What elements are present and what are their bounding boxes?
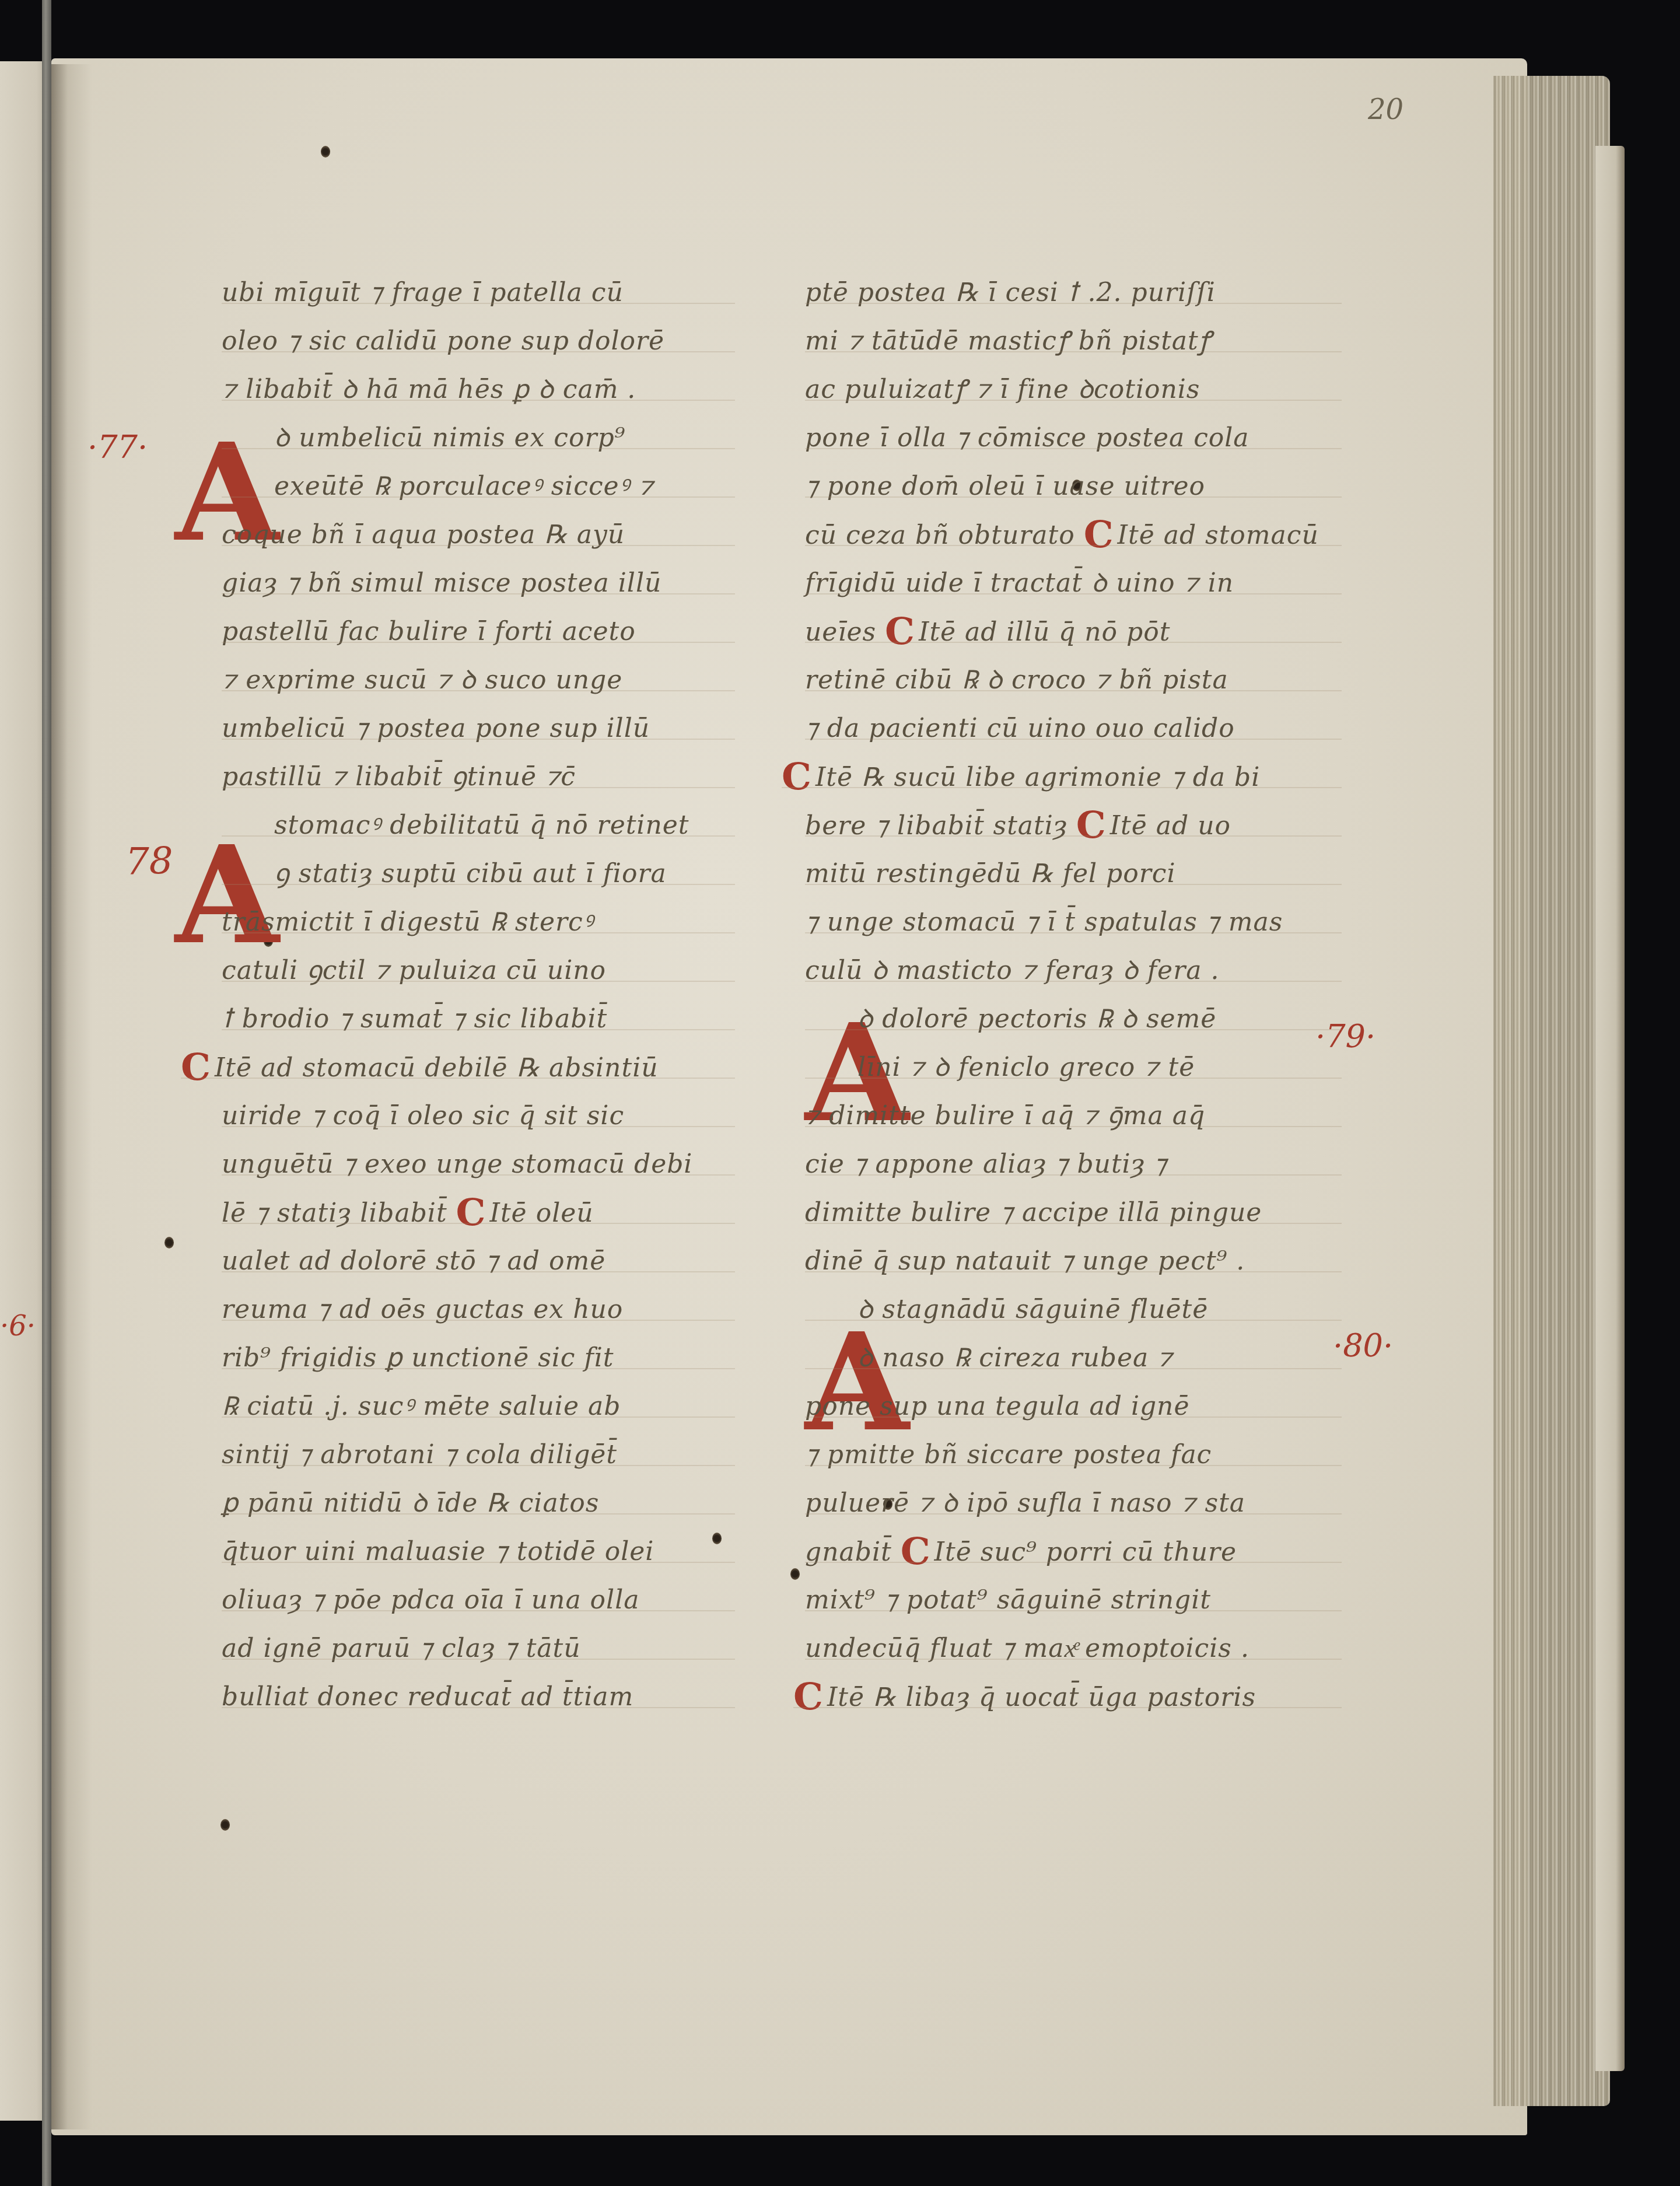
text-line: mixt⁹ ⁊ potat⁹ sāguinē stringit [805, 1576, 1342, 1624]
text-line: pastellū fac bulire ī forti aceto [222, 607, 735, 656]
text-line: uiride ⁊ coq̄ ī oleo sic q̄ sit sic [222, 1092, 735, 1140]
text-line: stomacꝰ debilitatū q̄ nō retinet [222, 801, 735, 849]
text-line: unguētū ⁊ exeo unge stomacū debi [222, 1140, 735, 1188]
text-line: ⁊ da pacienti cū uino ouo calido [805, 704, 1342, 753]
text-line: ꝑ pānū nitidū ꝺ īde ℞ ciatos [222, 1479, 735, 1527]
wormhole [321, 146, 330, 158]
page-edge-stack [1493, 76, 1610, 2106]
wormhole [790, 1568, 800, 1580]
text-line: lē ⁊ statiȝ libabit̄ CItē oleū [222, 1188, 735, 1237]
text-line: gnabit̄ CItē suc⁹ porri cū thure [805, 1527, 1342, 1576]
paragraph-mark-icon: C [456, 1188, 487, 1237]
text-line: undecūq̄ fluat ⁊ maxͤ emoptoicis . [805, 1624, 1342, 1673]
text-line: rib⁹ frigidis ꝑ unctionē sic fit [222, 1334, 735, 1382]
text-line: bere ⁊ libabit̄ statiȝ CItē ad uo [805, 801, 1342, 849]
paragraph-mark-icon: C [181, 1043, 211, 1092]
chapter-number-78: 78 [125, 840, 173, 883]
text-line: frīgidū uide ī tractat̄ ꝺ uino ⁊ in [805, 559, 1342, 607]
text-line: reuma ⁊ ad oēs guctas ex huo [222, 1285, 735, 1334]
text-line: retinē cibū ℞ ꝺ croco ⁊ bñ pista [805, 656, 1342, 704]
left-text-column: ubi mīguīt ⁊ frage ī patella cū oleo ⁊ s… [222, 268, 735, 1721]
protruding-leaf [1595, 146, 1625, 2071]
text-line: ⁊ pone dom̄ oleū ī uase uitreo [805, 462, 1342, 510]
text-line: exeūtē ℞ porculaceꝰ sicceꝰ ⁊ [222, 462, 735, 510]
text-line: dinē q̄ sup natauit ⁊ unge pect⁹ . [805, 1237, 1342, 1285]
page-clamp-bar [42, 0, 51, 2186]
text-line: ꝺ naso ℞ cireza rubea ⁊ [805, 1334, 1342, 1382]
gutter-shadow [51, 64, 92, 2129]
text-line: oliuaȝ ⁊ pōe pdca oīa ī una olla [222, 1576, 735, 1624]
text-line: ⁊ dimitte bulire ī aq̄ ⁊ ꝯ̄ma aq̄ [805, 1092, 1342, 1140]
text-line: puluerē ⁊ ꝺ ipō sufla ī naso ⁊ sta [805, 1479, 1342, 1527]
text-line: ualet ad dolorē stō ⁊ ad omē [222, 1237, 735, 1285]
text-line: catuli ꝯctil ⁊ puluiza cū uino [222, 946, 735, 995]
wormhole [220, 1819, 230, 1831]
right-text-column: ptē postea ℞ ī cesi ꝉ .2. puriſſi mi ⁊ t… [805, 268, 1342, 1721]
chapter-number-77: ·77· [87, 429, 148, 466]
text-line: ad ignē paruū ⁊ claȝ ⁊ tātū [222, 1624, 735, 1673]
text-line: ꝺ umbelicū nimis ex corp⁹ [222, 414, 735, 462]
text-line: ac puluizatꝭ ⁊ ī fine ꝺcotionis [805, 365, 1342, 414]
folio-number: 20 [1368, 93, 1403, 126]
text-line: cū ceza bñ obturato CItē ad stomacū [805, 510, 1342, 559]
paragraph-mark-icon: C [885, 607, 915, 656]
text-line: umbelicū ⁊ postea pone sup illū [222, 704, 735, 753]
text-line: ubi mīguīt ⁊ frage ī patella cū [222, 268, 735, 317]
text-line: sintij ⁊ abrotani ⁊ cola diligēt̄ [222, 1430, 735, 1479]
text-line: coque bñ ī aqua postea ℞ ayū [222, 510, 735, 559]
text-line: culū ꝺ masticto ⁊ feraȝ ꝺ fera . [805, 946, 1342, 995]
text-line: ptē postea ℞ ī cesi ꝉ .2. puriſſi [805, 268, 1342, 317]
text-line: cie ⁊ appone aliaȝ ⁊ butiȝ ⁊ [805, 1140, 1342, 1188]
chapter-number-80: ·80· [1333, 1327, 1393, 1364]
text-line: ꝺ stagnādū sāguinē fluētē [805, 1285, 1342, 1334]
text-line: pone ī olla ⁊ cōmisce postea cola [805, 414, 1342, 462]
paragraph-mark-icon: C [782, 753, 812, 801]
text-line: līni ⁊ ꝺ feniclo greco ⁊ tē [805, 1043, 1342, 1092]
text-line: CItē ℞ sucū libe agrimonie ⁊ da bi [782, 753, 1342, 801]
text-line: ꝯ statiȝ suptū cibū aut ī fiora [222, 849, 735, 898]
text-line: ⁊ exprime sucū ⁊ ꝺ suco unge [222, 656, 735, 704]
paragraph-mark-icon: C [1084, 510, 1114, 559]
paragraph-mark-icon: C [901, 1527, 931, 1576]
text-line: trāsmictit ī digestū ℞ stercꝰ [222, 898, 735, 946]
text-line: mi ⁊ tātūdē masticꝭ bñ pistatꝭ [805, 317, 1342, 365]
text-line: q̄tuor uini maluasie ⁊ totidē olei [222, 1527, 735, 1576]
text-line: ⁊ unge stomacū ⁊ ī t̄ spatulas ⁊ mas [805, 898, 1342, 946]
paragraph-mark-icon: C [1076, 801, 1107, 849]
text-line: ⁊ pmitte bñ siccare postea fac [805, 1430, 1342, 1479]
wormhole [164, 1237, 174, 1248]
paragraph-mark-icon: C [793, 1673, 824, 1721]
previous-page-edge [0, 61, 45, 2121]
text-line: ꝺ dolorē pectoris ℞ ꝺ semē [805, 995, 1342, 1043]
text-line: pastillū ⁊ libabit̄ ꝯtinuē ⁊c̄ [222, 753, 735, 801]
text-line: CItē ℞ libaȝ q̄ uocat̄ ūga pastoris [793, 1673, 1342, 1721]
text-line: giaȝ ⁊ bñ simul misce postea illū [222, 559, 735, 607]
text-line: CItē ad stomacū debilē ℞ absintiū [181, 1043, 735, 1092]
text-line: ueīes CItē ad illū q̄ nō pōt [805, 607, 1342, 656]
text-line: dimitte bulire ⁊ accipe illā pingue [805, 1188, 1342, 1237]
text-line: mitū restingēdū ℞ fel porci [805, 849, 1342, 898]
text-line: pone sup una tegula ad ignē [805, 1382, 1342, 1430]
text-line: ℞ ciatū .j. sucꝰ mēte saluie ab [222, 1382, 735, 1430]
text-line: ⁊ libabit̄ ꝺ hā mā hēs ꝑ ꝺ cam̄ . [222, 365, 735, 414]
text-line: oleo ⁊ sic calidū pone sup dolorē [222, 317, 735, 365]
previous-page-margin-number: ·6· [0, 1310, 36, 1342]
text-line: bulliat donec reducat̄ ad t̄tiam [222, 1673, 735, 1721]
text-line: ꝉ brodio ⁊ sumat̄ ⁊ sic libabit̄ [222, 995, 735, 1043]
